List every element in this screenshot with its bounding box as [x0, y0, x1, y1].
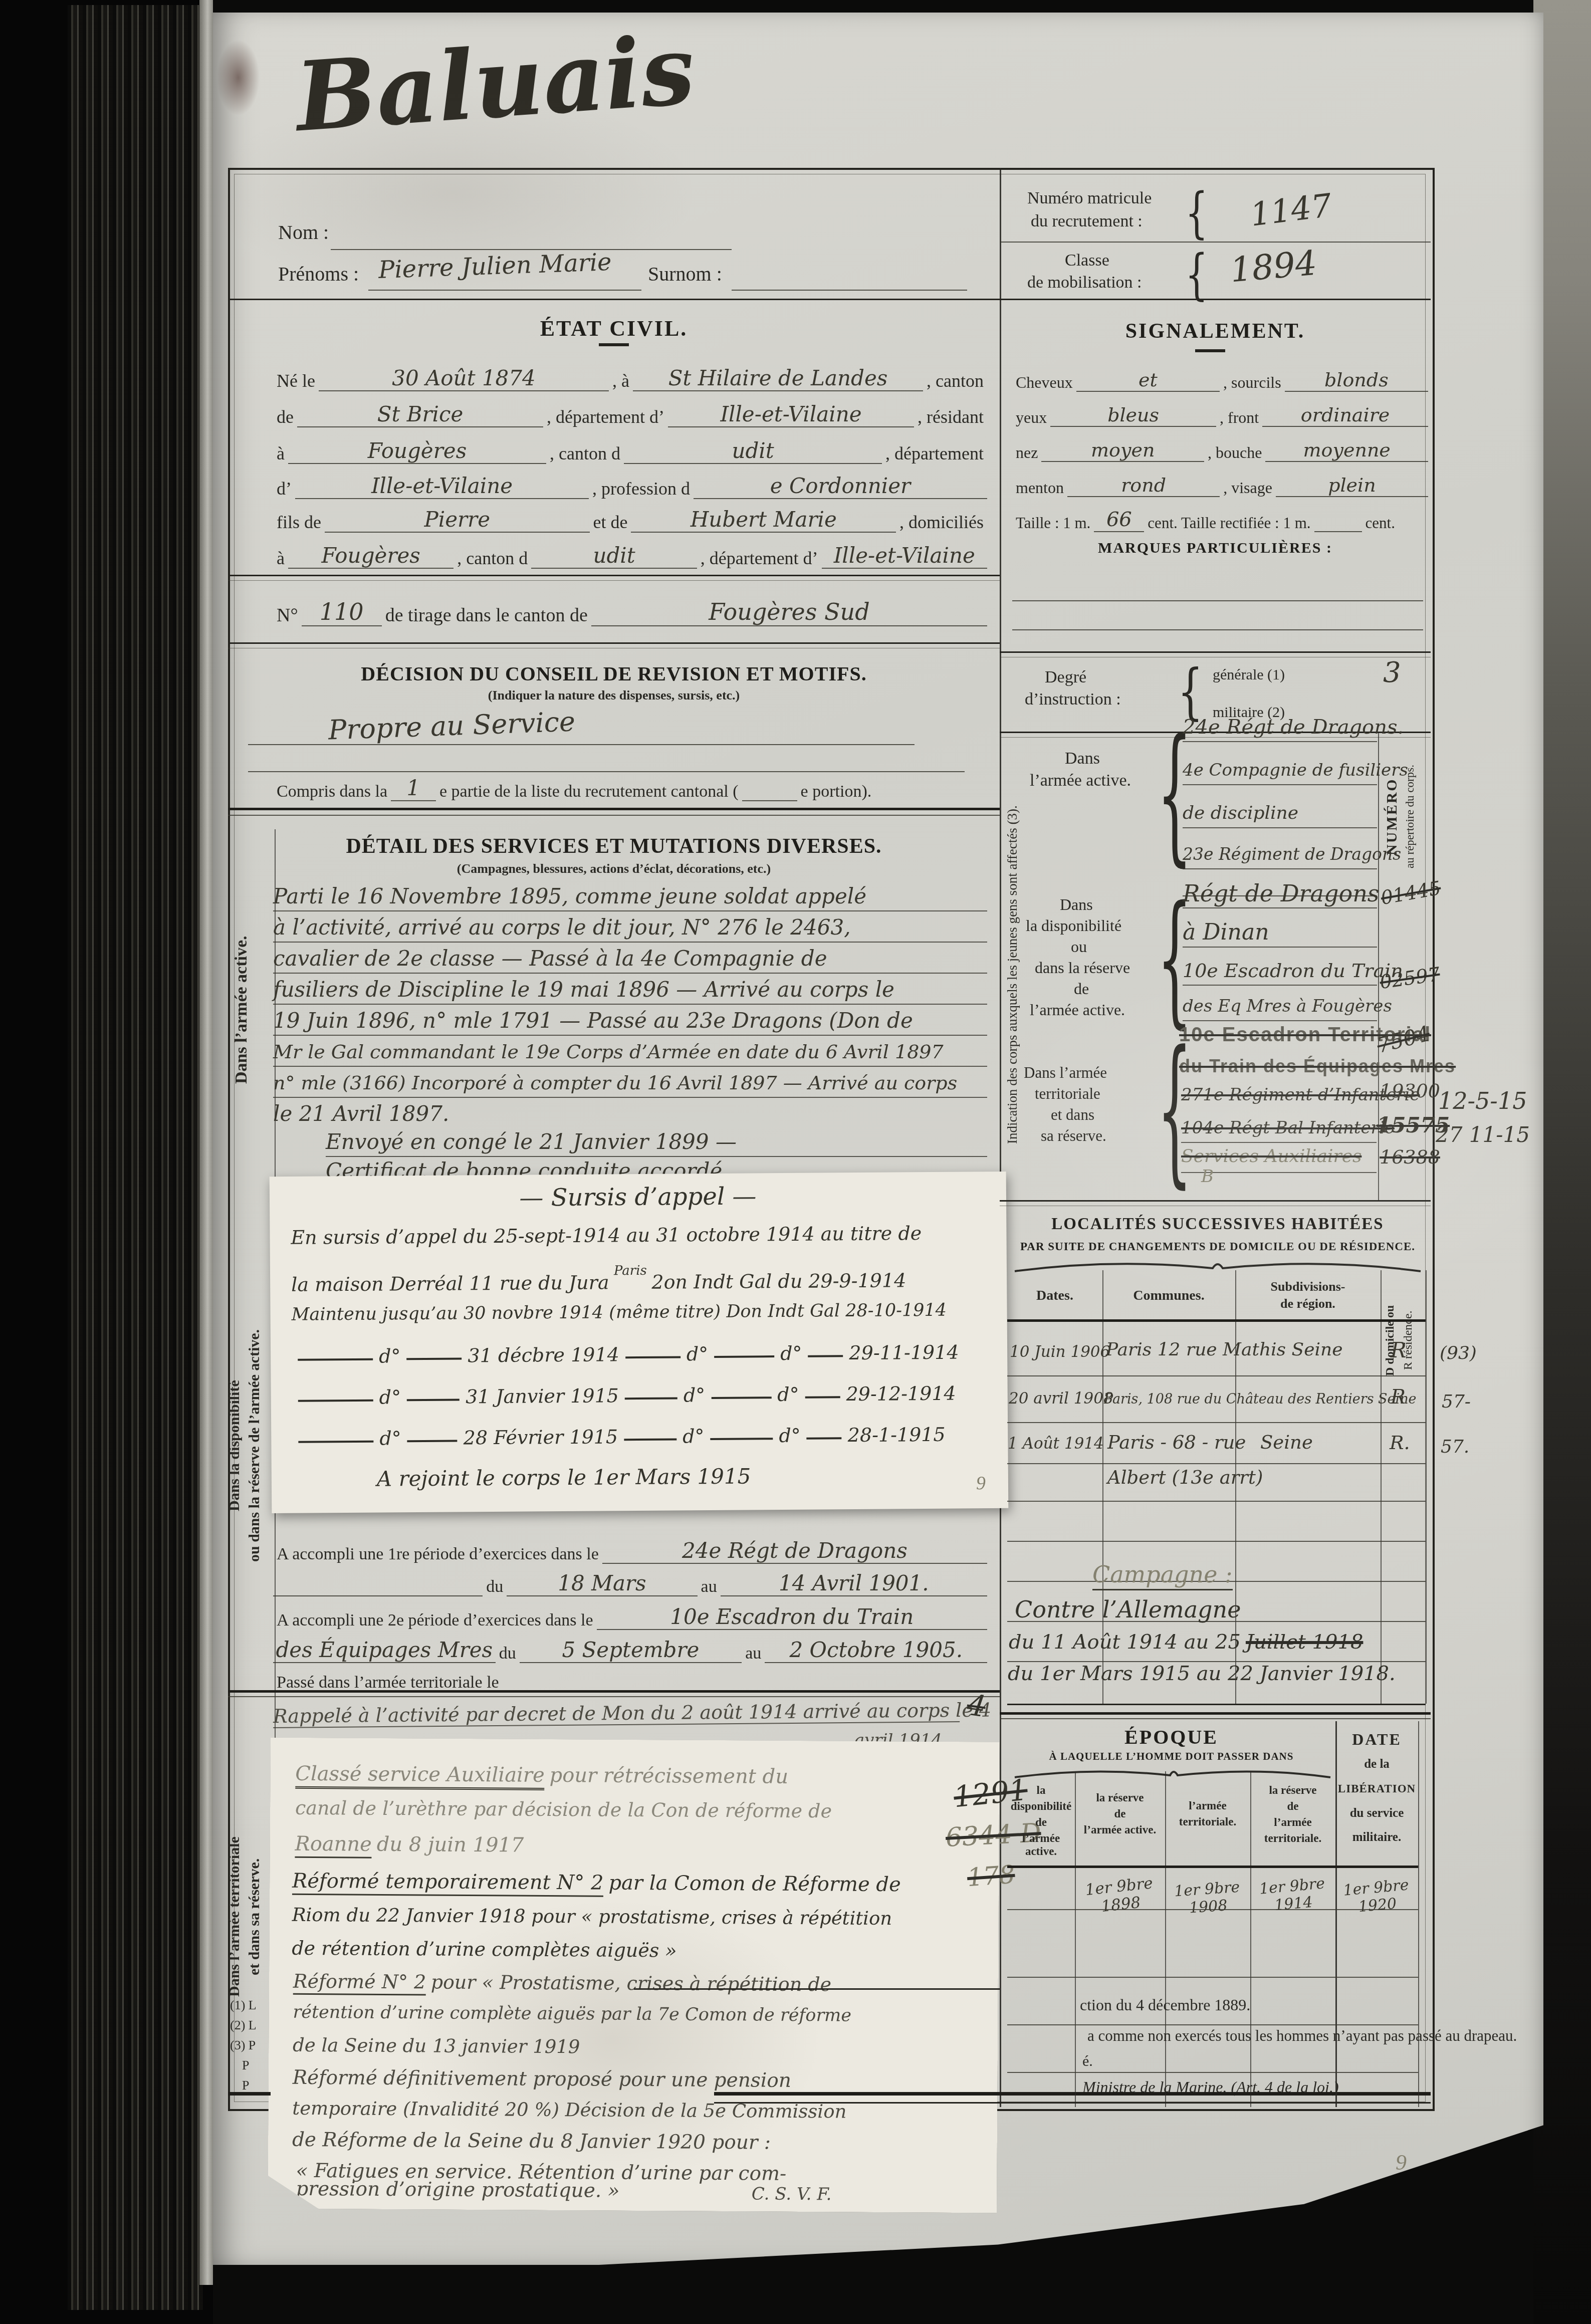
nez-label: nez	[1012, 443, 1041, 462]
loc-r2-margin: 57-	[1442, 1391, 1471, 1412]
periode-2-corps: 10e Escadron du Train	[597, 1604, 987, 1630]
date-header: de la	[1335, 1757, 1418, 1771]
localites-title-1: LOCALITÉS SUCCESSIVES HABITÉES	[1007, 1215, 1428, 1234]
loc-r3-margin: 57.	[1441, 1437, 1469, 1457]
localites-colline	[1426, 1270, 1427, 1704]
compris-value: 1	[391, 776, 436, 801]
epoque-c1-h: la	[1007, 1784, 1075, 1797]
section-rule	[228, 648, 1000, 648]
corps-a-entry: 24e Régt de Dragons.	[1183, 713, 1377, 742]
matricule-separator	[1000, 242, 1431, 243]
bouche-label: , bouche	[1204, 443, 1265, 462]
nez-value: moyen	[1041, 439, 1204, 462]
date-header: DATE	[1335, 1730, 1418, 1749]
loc-r1-commune: Paris 12 rue Mathis Seine	[1106, 1339, 1342, 1360]
ec-l1-c: , canton	[923, 370, 987, 391]
nom-label: Nom :	[278, 220, 329, 244]
sourcils-value: blonds	[1285, 369, 1428, 392]
reforme-line-5: Riom du 22 Janvier 1918 pour « prostatis…	[292, 1904, 892, 1929]
reforme-line-4: Réformé temporairement N° 2 par la Comon…	[292, 1869, 901, 1896]
periode-2-du: du	[496, 1644, 520, 1663]
ec-l1-a: Né le	[273, 370, 319, 391]
dash-rule	[714, 1355, 774, 1358]
periode-1-du: du	[483, 1577, 507, 1596]
ec-l5-v2: Hubert Marie	[631, 507, 896, 533]
front-label: , front	[1216, 408, 1262, 427]
ec-line-5: fils dePierreet deHubert Marie, domicili…	[273, 505, 987, 533]
reforme-line-10: Réformé définitivement proposé pour une …	[293, 2066, 791, 2092]
service-line: 19 Juin 1896, n° mle 1791 — Passé au 23e…	[273, 1007, 987, 1036]
section-rule	[1000, 651, 1431, 653]
corps-b-label: ou	[1071, 938, 1087, 956]
dash-rule	[808, 1355, 843, 1357]
loc-r2-dr: R	[1391, 1385, 1406, 1409]
epoque-top-rule	[1000, 1712, 1431, 1715]
ec-line-2: deSt Brice, département d’Ille-et-Vilain…	[273, 399, 987, 427]
taille-rectifiee-label: cent. Taille rectifiée : 1 m.	[1144, 514, 1314, 532]
corps-b-entry: Régt de Dragons	[1183, 879, 1377, 908]
footnote-fragment-2: a comme non exercés tous les hommes n’ay…	[1087, 2027, 1517, 2045]
corps-c-stamp-2: du Train des Équipages Mres	[1179, 1056, 1456, 1077]
ec-l2-a: de	[273, 406, 297, 427]
surname-signature: Baluais	[292, 14, 698, 153]
sursis-r3-date: 28 Février 1915	[463, 1426, 618, 1449]
sourcils-label: , sourcils	[1220, 373, 1285, 392]
reforme-line-1: Classé service Auxiliaire pour rétréciss…	[295, 1762, 788, 1788]
loc-r3-subdiv: Seine	[1260, 1432, 1313, 1453]
reforme-line-7: Réformé N° 2 pour « Prostatisme, crises …	[293, 1970, 831, 1996]
classe-label-1: Classe	[1065, 251, 1109, 270]
ec-l1-v1: 30 Août 1874	[319, 366, 609, 391]
localites-row-rule	[1007, 1463, 1426, 1464]
corps-b-label: Dans	[1060, 895, 1093, 914]
surnom-label: Surnom :	[648, 262, 722, 286]
epoque-colline	[1075, 1771, 1076, 2107]
dash-rule	[298, 1358, 373, 1361]
reforme-line-11: temporaire (Invalidité 20 %) Décision de…	[292, 2098, 846, 2123]
passe-territoriale-line: Passé dans l’armée territoriale le	[273, 1666, 987, 1692]
reforme-line-2: canal de l’urèthre par décision de la Co…	[295, 1797, 832, 1822]
title-dash-ornament	[599, 343, 629, 346]
title-dash-ornament	[1195, 349, 1225, 352]
campagne-l2a: du 11 Août 1914 au 25	[1009, 1631, 1241, 1654]
section-rule	[1000, 1200, 1431, 1202]
ec-l1-v2: St Hilaire de Landes	[633, 366, 923, 391]
dash-rule	[407, 1440, 458, 1443]
reforme-line-9: de la Seine du 13 janvier 1919	[293, 2034, 580, 2058]
bottom-heavy-rule	[714, 2092, 1431, 2096]
localites-header-communes: Communes.	[1102, 1288, 1235, 1304]
epoque-row-rule	[1007, 1909, 1418, 1910]
loc-r2-commune: Paris, 108 rue du Château des Rentiers S…	[1104, 1391, 1417, 1407]
dash-rule	[807, 1437, 842, 1439]
cheveux-label: Cheveux	[1012, 373, 1076, 392]
localites-row-rule	[1007, 1541, 1426, 1542]
scanned-register-page: Baluais Nom : Prénoms : Pierre Julien Ma…	[0, 0, 1591, 2324]
ditto: d°	[683, 1425, 705, 1447]
service-line: n° mle (3166) Incorporé à compter du 16 …	[273, 1069, 987, 1098]
epoque-c2-h: de	[1075, 1807, 1165, 1820]
pasted-note-reformes: Classé service Auxiliaire pour rétréciss…	[268, 1738, 1000, 2213]
epoque-row-rule	[1007, 1977, 1418, 1978]
loc-r2-date: 20 avril 1908	[1009, 1389, 1113, 1408]
reforme-line-8: rétention d’urine complète aiguës par la…	[293, 2002, 851, 2026]
services-subtitle: (Campagnes, blessures, actions d’éclat, …	[228, 861, 1000, 876]
campagne-line-1: Contre l’Allemagne	[1015, 1596, 1241, 1623]
date-header: LIBÉRATION	[1335, 1782, 1418, 1795]
label-disponibilite-2: ou dans la réserve de l’armée active.	[246, 1205, 263, 1686]
section-rule	[228, 575, 1000, 576]
page-edge-highlight	[199, 0, 213, 2285]
taille-cent-label: cent.	[1362, 514, 1399, 532]
loc-r3-dr: R.	[1390, 1432, 1410, 1454]
ec-l6-v1: Fougères	[288, 543, 453, 569]
localites-header-dates: Dates.	[1007, 1288, 1102, 1304]
ec-line-3: àFougères, canton dudit, département	[273, 436, 987, 464]
footnote-marker: (2) L	[230, 2018, 257, 2033]
heavy-rule	[228, 1690, 1000, 1693]
dash-rule	[624, 1438, 676, 1441]
corps-b-label: la disponibilité	[1026, 916, 1121, 935]
dash-rule	[710, 1438, 773, 1440]
classe-value: 1894	[1229, 244, 1318, 291]
campagne-line-2: du 11 Août 1914 au 25 Juillet 1918	[1009, 1630, 1363, 1654]
label-disponibilite-1: Dans la disponibilité	[226, 1205, 243, 1686]
ink-smudge	[217, 40, 260, 115]
footnote-marker: (1) L	[230, 1998, 257, 2013]
compris-blank	[742, 800, 797, 801]
corps-a-entry: 4e Compagnie de fusiliers	[1183, 756, 1377, 785]
reforme-n2: Réformé N° 2	[293, 1970, 426, 1996]
compris-b: e partie de la liste du recrutement cant…	[436, 782, 742, 801]
ec-l6-v3: Ille-et-Vilaine	[822, 543, 987, 569]
corps-a-label-2: l’armée active.	[1030, 771, 1131, 790]
date-header: du service	[1335, 1806, 1418, 1820]
brace-icon: {	[1185, 247, 1208, 301]
sursis-row-1: d°31 décbre 1914d°d°29-11-1914	[292, 1341, 983, 1368]
epoque-c4-h: la réserve	[1250, 1784, 1335, 1797]
corps-c-entry: 271e Régiment d’Infanterie	[1181, 1081, 1377, 1109]
heavy-rule-2	[228, 815, 1000, 816]
sursis-line-2a: la maison Derréal 11 rue du Jura	[291, 1271, 609, 1295]
service-line: Parti le 16 Novembre 1895, comme jeune s…	[273, 882, 987, 911]
corps-b-label: de	[1074, 980, 1089, 998]
record-sheet: Baluais Nom : Prénoms : Pierre Julien Ma…	[213, 13, 1543, 2265]
sursis-row-3: d°28 Février 1915d°d°28-1-1915	[292, 1423, 984, 1450]
pencil-mark-9: 9	[976, 1472, 986, 1494]
taille-label: Taille : 1 m.	[1012, 514, 1094, 532]
epoque-value-territoriale: 1er 9bre 1908	[1164, 1878, 1251, 1919]
sursis-row-2: d°31 Janvier 1915d°d°29-12-1914	[292, 1382, 984, 1409]
corps-c-label: et dans	[1051, 1106, 1094, 1124]
periode-2-corps-2: des Équipages Mres	[273, 1638, 496, 1663]
loc-r3-date: 1 Août 1914	[1008, 1435, 1104, 1453]
corps-c-label: Dans l’armée	[1024, 1064, 1107, 1082]
pencil-page-number: 9	[1396, 2150, 1407, 2175]
dash-rule	[298, 1400, 373, 1402]
corps-b-entry: 10e Escadron du Train	[1183, 957, 1377, 986]
ditto: d°	[379, 1345, 401, 1367]
reforme-temporaire-rest: par la Comon de Réforme de	[608, 1872, 900, 1897]
periode-1-label: A accompli une 1re période d’exercices d…	[273, 1545, 602, 1564]
yeux-value: bleus	[1050, 404, 1216, 427]
service-line: à l’activité, arrivé au corps le dit jou…	[273, 913, 987, 943]
periode-1-au: au	[698, 1577, 721, 1596]
sursis-heading: — Sursis d’appel —	[270, 1181, 1006, 1214]
degre-generale-value: 3	[1383, 656, 1401, 689]
surnom-underline	[732, 290, 967, 291]
heavy-rule	[228, 808, 1000, 810]
reforme-temporaire: Réformé temporairement N° 2	[292, 1870, 604, 1897]
corps-c-label: territoriale	[1035, 1085, 1100, 1103]
dash-rule	[711, 1397, 771, 1399]
crossed-number: 178	[966, 1860, 1016, 1893]
footnote-top-rule	[634, 1988, 1000, 1990]
epoque-right-border	[1418, 1721, 1419, 2107]
roanne-date: du 8 juin 1917	[377, 1833, 524, 1857]
footnote-fragment-3: é.	[1082, 2053, 1093, 2070]
localites-header-subdiv-2: de région.	[1235, 1296, 1381, 1311]
taille-row: Taille : 1 m.66cent. Taille rectifiée : …	[1012, 506, 1428, 532]
ec-l2-b: , département d’	[543, 406, 668, 427]
loc-r1-dr: R	[1391, 1338, 1407, 1362]
loc-r1-date: 10 Juin 1906	[1010, 1343, 1110, 1361]
ec-l3-v2: udit	[624, 438, 882, 464]
loc-r1-margin: (93)	[1440, 1343, 1477, 1363]
epoque-c1-h: disponibilité	[1007, 1800, 1075, 1813]
periode-1-fin: 14 Avril 1901.	[721, 1571, 987, 1596]
horizontal-brace	[1012, 1765, 1333, 1779]
yeux-label: yeux	[1012, 408, 1050, 427]
ec-l6-c: , département d’	[697, 548, 822, 569]
ec-l1-b: , à	[609, 370, 633, 391]
ec-l5-c: , domiciliés	[896, 512, 987, 533]
sursis-line-2b: 2on Indt Gal du 29-9-1914	[651, 1269, 906, 1293]
periode-2-label: A accompli une 2e période d’exercices da…	[273, 1611, 597, 1630]
periode-2-line-1: A accompli une 2e période d’exercices da…	[273, 1602, 987, 1630]
degre-generale-label: générale (1)	[1213, 666, 1285, 683]
decision-rule-1	[248, 744, 915, 745]
matricule-label-1: Numéro matricule	[1027, 189, 1152, 208]
epoque-row-rule	[1007, 2024, 1418, 2025]
brace-icon: {	[1185, 185, 1208, 240]
ec-l3-c: , département	[882, 443, 987, 464]
margin-date-2: 27 11-15	[1436, 1122, 1530, 1147]
cheveux-value: et	[1076, 369, 1220, 392]
localites-colline	[1381, 1270, 1382, 1704]
periode-2-debut: 5 Septembre	[520, 1638, 742, 1663]
corps-b-entry: des Eq Mres à Fougères	[1183, 992, 1377, 1021]
horizontal-brace	[1012, 1256, 1423, 1273]
degre-label-2: d’instruction :	[1025, 690, 1121, 709]
service-line: fusiliers de Discipline le 19 mai 1896 —…	[273, 976, 987, 1005]
ec-l2-v2: Ille-et-Vilaine	[668, 402, 914, 427]
periode-2-au: au	[742, 1644, 765, 1663]
decision-subtitle: (Indiquer la nature des dispenses, sursi…	[228, 688, 1000, 703]
localites-row-rule	[1007, 1422, 1426, 1423]
decision-rule-2	[248, 771, 965, 772]
sursis-r1-end: 29-11-1914	[849, 1341, 959, 1364]
visage-value: plein	[1276, 474, 1428, 497]
passe-territoriale-label: Passé dans l’armée territoriale le	[273, 1673, 503, 1692]
roanne: Roanne	[295, 1832, 372, 1858]
service-line: cavalier de 2e classe — Passé à la 4e Co…	[273, 945, 987, 974]
reforme-line-3: Roanne du 8 juin 1917	[295, 1832, 524, 1857]
localites-row-rule	[1007, 1501, 1426, 1502]
classe-auxiliaire-rest: pour rétrécissement du	[550, 1764, 789, 1788]
localites-title-2: PAR SUITE DE CHANGEMENTS DE DOMICILE OU …	[1007, 1240, 1428, 1253]
tirage-line: N°110de tirage dans le canton deFougères…	[273, 596, 987, 626]
prenoms-underline	[368, 290, 641, 291]
loc-r3-commune: Paris - 68 - rue	[1107, 1432, 1246, 1453]
pasted-note-sursis: — Sursis d’appel — En sursis d’appel du …	[270, 1172, 1009, 1513]
ec-l2-v1: St Brice	[297, 402, 543, 427]
localites-header-subdiv-1: Subdivisions-	[1235, 1279, 1381, 1294]
epoque-c4-h: de	[1250, 1800, 1335, 1813]
epoque-subtitle: À LAQUELLE L’HOMME DOIT PASSER DANS	[1007, 1750, 1335, 1763]
epoque-c2-h: l’armée active.	[1075, 1823, 1165, 1836]
date-header: militaire.	[1335, 1830, 1418, 1844]
taille-rectifiee-blank	[1314, 531, 1362, 532]
sursis-line-2: la maison Derréal 11 rue du Jura Paris 2…	[291, 1261, 906, 1296]
classe-label-2: de mobilisation :	[1027, 273, 1142, 292]
nom-underline	[331, 249, 732, 250]
prenoms-label: Prénoms :	[278, 262, 359, 286]
blank-rule	[273, 1595, 483, 1596]
tirage-label-mid: de tirage dans le canton de	[382, 604, 591, 626]
ec-l6-v2: udit	[531, 543, 697, 569]
etat-civil-title: ÉTAT CIVIL.	[228, 316, 1000, 341]
sursis-r1-date: 31 décbre 1914	[468, 1343, 619, 1366]
margin-date-1: 12-5-15	[1438, 1087, 1527, 1114]
epoque-value-liberation: 1er 9bre 1920	[1334, 1876, 1419, 1918]
ec-l4-v2: e Cordonnier	[694, 474, 987, 499]
campagne-crossed: Juillet 1918	[1246, 1631, 1363, 1654]
sursis-rejoint: A rejoint le corps le 1er Mars 1915	[377, 1464, 751, 1491]
compris-c: e portion).	[797, 782, 875, 801]
sursis-line-1: En sursis d’appel du 25-sept-1914 au 31 …	[291, 1222, 922, 1249]
campagne-heading: Campagne :	[1092, 1561, 1233, 1590]
dash-rule	[625, 1356, 680, 1358]
periode-1-line-2: du18 Marsau14 Avril 1901.	[273, 1568, 987, 1596]
reforme-n2-rest: pour « Prostatisme, crises à répétition …	[431, 1971, 832, 1996]
corps-c-label: sa réserve.	[1041, 1127, 1106, 1145]
ec-l6-a: à	[273, 548, 288, 569]
tirage-label-n: N°	[273, 604, 302, 626]
heavy-rule-2	[228, 1696, 1000, 1697]
bouche-value: moyenne	[1265, 439, 1428, 462]
section-rule	[228, 580, 1000, 581]
corps-number: 19300	[1380, 1080, 1440, 1102]
ec-l6-b: , canton d	[453, 548, 531, 569]
ditto: d°	[779, 1425, 801, 1447]
periode-1-corps: 24e Régt de Dragons	[602, 1538, 987, 1564]
footnote-marker: P	[242, 2058, 249, 2073]
periode-1-debut: 18 Mars	[507, 1571, 697, 1596]
degre-label-1: Degré	[1045, 668, 1086, 687]
epoque-title: ÉPOQUE	[1007, 1725, 1335, 1749]
epoque-c3-h: l’armée	[1165, 1799, 1250, 1812]
ditto: d°	[780, 1342, 802, 1364]
marques-rule-2	[1012, 629, 1423, 630]
ditto: d°	[684, 1384, 706, 1406]
header-separator	[228, 299, 1431, 300]
menton-label: menton	[1012, 479, 1067, 497]
services-title: DÉTAIL DES SERVICES ET MUTATIONS DIVERSE…	[228, 834, 1000, 858]
corps-c-entry: 104e Régt Bal Infanterie	[1181, 1114, 1377, 1143]
sursis-r3-end: 28-1-1915	[848, 1424, 946, 1446]
ec-l3-b: , canton d	[546, 443, 624, 464]
corps-b-entry: à Dinan	[1183, 918, 1377, 948]
label-armee-active: Dans l’armée active.	[232, 844, 251, 1175]
decision-title: DÉCISION DU CONSEIL DE REVISION ET MOTIF…	[228, 662, 1000, 685]
ditto: d°	[379, 1386, 401, 1408]
sig-row-2: yeuxbleus, frontordinaire	[1012, 401, 1428, 427]
bottom-heavy-rule-stub	[228, 2092, 271, 2096]
section-rule	[228, 642, 1000, 644]
epoque-header-rule	[1007, 1866, 1418, 1868]
dash-rule	[625, 1397, 677, 1400]
signalement-title: SIGNALEMENT.	[1000, 319, 1431, 343]
ec-l4-a: d’	[273, 478, 295, 499]
epoque-c1-h: de	[1007, 1816, 1075, 1829]
epoque-c4-h: l’armée	[1250, 1816, 1335, 1829]
epoque-c4-h: territoriale.	[1250, 1832, 1335, 1845]
reforme-line-12: de Réforme de la Seine du 8 Janvier 1920…	[292, 2129, 771, 2154]
service-line: Mr le Gal commandant le 19e Corps d’Armé…	[273, 1038, 987, 1067]
ec-l3-a: à	[273, 443, 288, 464]
service-conge: Envoyé en congé le 21 Janvier 1899 —	[326, 1128, 987, 1157]
taille-value: 66	[1094, 508, 1144, 532]
ec-l4-b: , profession d	[589, 478, 694, 499]
visage-label: , visage	[1220, 479, 1276, 497]
reforme-initials: C. S. V. F.	[752, 2184, 832, 2204]
campagne-line-3: du 1er Mars 1915 au 22 Janvier 1918.	[1008, 1662, 1396, 1685]
ditto: d°	[379, 1427, 401, 1449]
localites-row-rule	[1007, 1375, 1426, 1376]
section-rule	[1000, 1206, 1431, 1206]
main-column-divider	[1000, 168, 1001, 2107]
ec-l5-v1: Pierre	[325, 507, 590, 533]
localites-header-rule	[1007, 1319, 1426, 1322]
loc-r3-commune-2: Albert (13e arrt)	[1107, 1467, 1263, 1488]
dash-rule	[805, 1396, 840, 1398]
sig-row-1: Cheveuxet, sourcilsblonds	[1012, 366, 1428, 392]
ec-l4-v1: Ille-et-Vilaine	[295, 474, 589, 499]
services-auxiliaires: Services Auxiliaires	[1181, 1146, 1361, 1167]
marques-rule-1	[1012, 600, 1423, 601]
ditto: d°	[777, 1383, 799, 1406]
menton-value: rond	[1067, 474, 1220, 497]
localites-bottom-rule	[1007, 1704, 1426, 1705]
footnote-marker: (3) P	[230, 2038, 256, 2053]
sursis-line-2-sup: Paris	[614, 1263, 647, 1278]
corps-b-label: l’armée active.	[1030, 1001, 1125, 1019]
tirage-canton: Fougères Sud	[591, 598, 987, 626]
corps-c-entry-5: Services Auxiliaires B	[1181, 1146, 1377, 1173]
corps-a-label-1: Dans	[1065, 749, 1100, 768]
front-value: ordinaire	[1262, 404, 1428, 427]
ec-l5-b: et de	[590, 512, 631, 533]
periode-1-line-1: A accompli une 1re période d’exercices d…	[273, 1536, 987, 1564]
marques-title: MARQUES PARTICULIÈRES :	[1000, 540, 1431, 557]
periode-2-fin: 2 Octobre 1905.	[765, 1638, 987, 1663]
label-indication-corps: Indication des corps auxquels les jeunes…	[1005, 742, 1020, 1208]
dash-rule	[298, 1441, 373, 1443]
ec-l2-c: , résidant	[914, 406, 987, 427]
corps-b-label: dans la réserve	[1035, 959, 1130, 977]
epoque-top-rule-2	[1000, 1718, 1431, 1719]
